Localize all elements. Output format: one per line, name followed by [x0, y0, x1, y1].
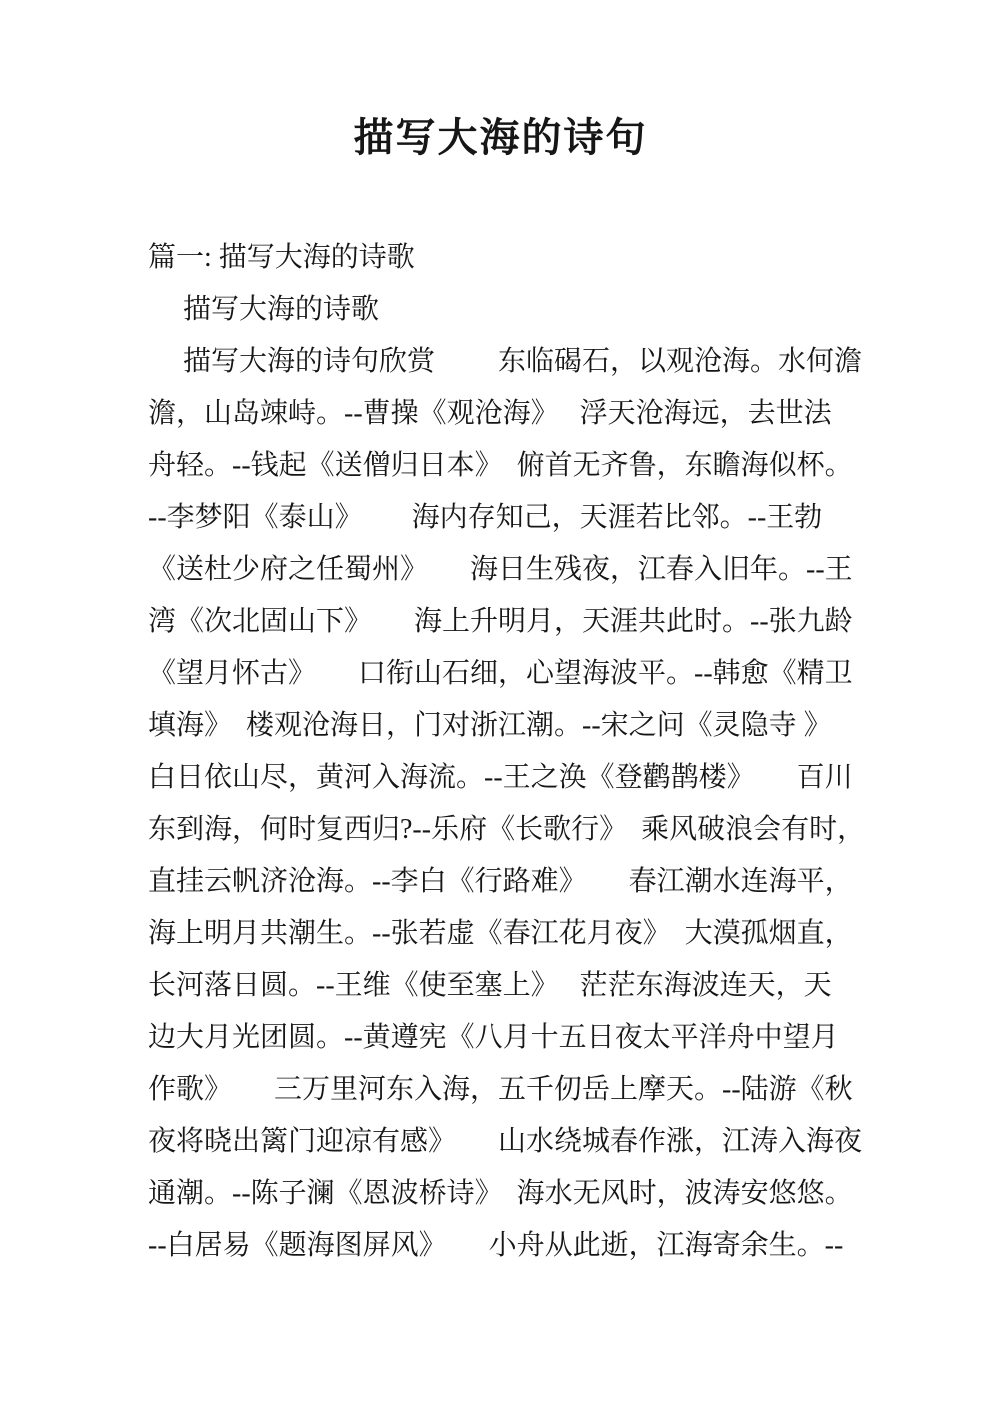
body-line: 澹，山岛竦峙。--曹操《观沧海》 浮天沧海远，去世法	[148, 388, 853, 440]
body-line: 作歌》 三万里河东入海，五千仞岳上摩天。--陆游《秋	[148, 1064, 853, 1116]
body-line: 《送杜少府之任蜀州》 海日生残夜，江春入旧年。--王	[148, 544, 853, 596]
page-title: 描写大海的诗句	[148, 112, 853, 164]
body-line: 边大月光团圆。--黄遵宪《八月十五日夜太平洋舟中望月	[148, 1012, 853, 1064]
body-line: 通潮。--陈子澜《恩波桥诗》 海水无风时，波涛安悠悠。	[148, 1168, 853, 1220]
document-page: 描写大海的诗句 篇一: 描写大海的诗歌 描写大海的诗歌 描写大海的诗句欣赏 东临…	[0, 0, 993, 1272]
body-line: 长河落日圆。--王维《使至塞上》 茫茫东海波连天，天	[148, 960, 853, 1012]
body-line: 白日依山尽，黄河入海流。--王之涣《登鹳鹊楼》 百川	[148, 752, 853, 804]
body-line: 直挂云帆济沧海。--李白《行路难》 春江潮水连海平，	[148, 856, 853, 908]
body-line: 填海》 楼观沧海日，门对浙江潮。--宋之问《灵隐寺 》	[148, 700, 853, 752]
section-heading: 篇一: 描写大海的诗歌	[148, 232, 853, 284]
body-line: 舟轻。--钱起《送僧归日本》 俯首无齐鲁，东瞻海似杯。	[148, 440, 853, 492]
body-text: 描写大海的诗句欣赏 东临碣石，以观沧海。水何澹 澹，山岛竦峙。--曹操《观沧海》…	[148, 336, 853, 1272]
body-line: 海上明月共潮生。--张若虚《春江花月夜》 大漠孤烟直，	[148, 908, 853, 960]
body-line: 《望月怀古》 口衔山石细，心望海波平。--韩愈《精卫	[148, 648, 853, 700]
body-line: 描写大海的诗句欣赏 东临碣石，以观沧海。水何澹	[148, 336, 853, 388]
body-line: 湾《次北固山下》 海上升明月，天涯共此时。--张九龄	[148, 596, 853, 648]
body-line: --李梦阳《泰山》 海内存知己，天涯若比邻。--王勃	[148, 492, 853, 544]
body-line: 东到海，何时复西归?--乐府《长歌行》 乘风破浪会有时，	[148, 804, 853, 856]
body-line: 夜将晓出篱门迎凉有感》 山水绕城春作涨，江涛入海夜	[148, 1116, 853, 1168]
body-line: --白居易《题海图屏风》 小舟从此逝，江海寄余生。--	[148, 1220, 853, 1272]
sub-heading: 描写大海的诗歌	[148, 284, 853, 336]
